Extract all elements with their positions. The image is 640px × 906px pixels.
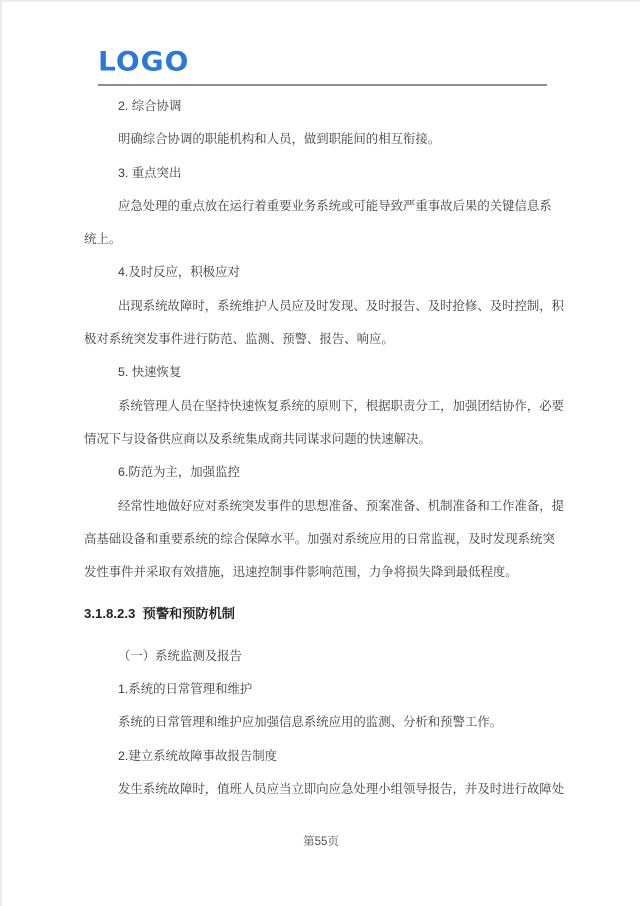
text-line: 系统的日常管理和维护应加强信息系统应用的监测、分析和预警工作。 bbox=[84, 706, 562, 739]
text-line: 6.防范为主，加强监控 bbox=[84, 456, 562, 489]
text-line: 应急处理的重点放在运行着重要业务系统或可能导致严重事故后果的关键信息系 bbox=[84, 190, 562, 223]
company-logo: LOGO bbox=[98, 46, 189, 77]
document-page: LOGO 2. 综合协调明确综合协调的职能机构和人员，做到职能间的相互衔接。3.… bbox=[0, 0, 640, 906]
text-line: 高基础设备和重要系统的综合保障水平。加强对系统应用的日常监视，及时发现系统突 bbox=[84, 523, 562, 556]
text-line: 极对系统突发事件进行防范、监测、预警、报告、响应。 bbox=[84, 323, 562, 356]
section-heading: 3.1.8.2.3 预警和预防机制 bbox=[84, 597, 562, 630]
text-line: 发生系统故障时，值班人员应当立即向应急处理小组领导报告，并及时进行故障处 bbox=[84, 773, 562, 806]
text-line: （一）系统监测及报告 bbox=[84, 640, 562, 673]
text-line: 发性事件并采取有效措施，迅速控制事件影响范围，力争将损失降到最低程度。 bbox=[84, 556, 562, 589]
text-line: 统上。 bbox=[84, 223, 562, 256]
text-line: 2. 综合协调 bbox=[84, 90, 562, 123]
text-line: 明确综合协调的职能机构和人员，做到职能间的相互衔接。 bbox=[84, 123, 562, 156]
header-divider bbox=[98, 84, 547, 86]
document-body: 2. 综合协调明确综合协调的职能机构和人员，做到职能间的相互衔接。3. 重点突出… bbox=[84, 90, 562, 806]
text-line: 5. 快速恢复 bbox=[84, 356, 562, 389]
text-line: 3. 重点突出 bbox=[84, 157, 562, 190]
page-number: 第55页 bbox=[2, 833, 640, 849]
text-line: 2.建立系统故障事故报告制度 bbox=[84, 740, 562, 773]
text-line: 经常性地做好应对系统突发事件的思想准备、预案准备、机制准备和工作准备，提 bbox=[84, 490, 562, 523]
text-line: 情况下与设备供应商以及系统集成商共同谋求问题的快速解决。 bbox=[84, 423, 562, 456]
text-line: 系统管理人员在坚持快速恢复系统的原则下，根据职责分工，加强团结协作，必要 bbox=[84, 390, 562, 423]
text-line: 4.及时反应，积极应对 bbox=[84, 256, 562, 289]
text-line: 出现系统故障时，系统维护人员应及时发现、及时报告、及时抢修、及时控制，积 bbox=[84, 290, 562, 323]
text-line: 1.系统的日常管理和维护 bbox=[84, 673, 562, 706]
